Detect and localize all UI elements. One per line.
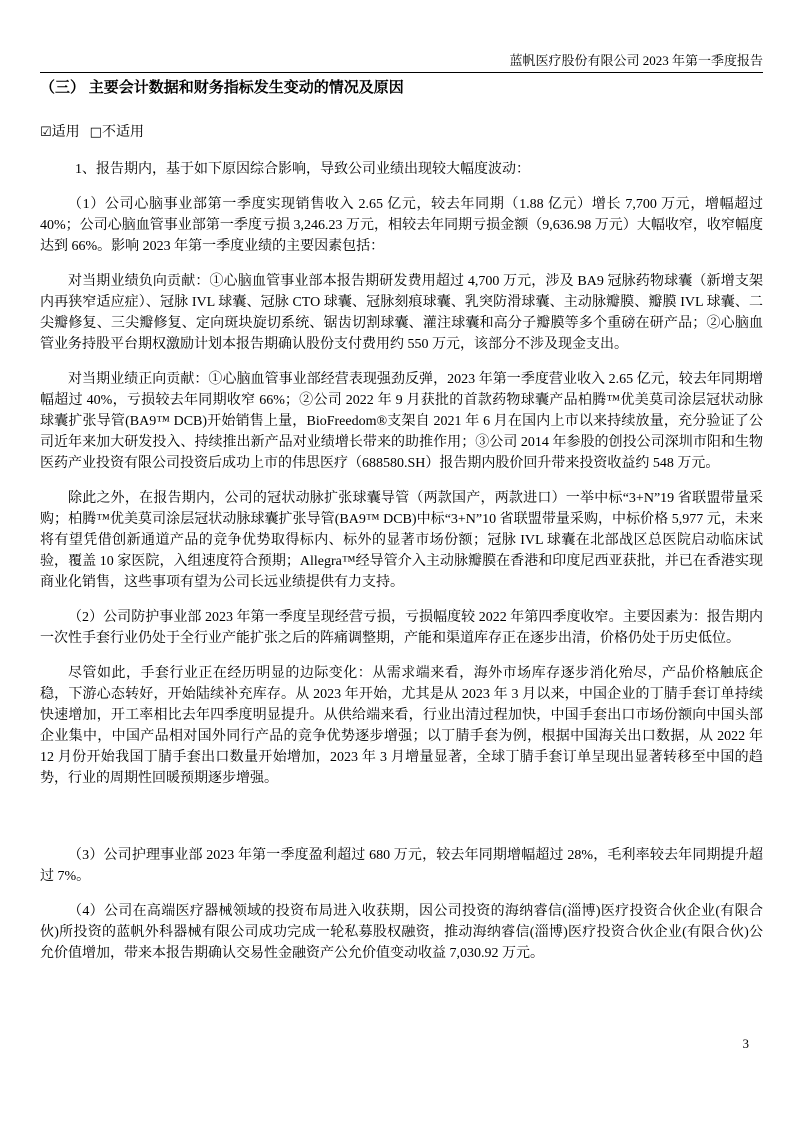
checkbox-unchecked-icon: □ <box>90 125 102 140</box>
paragraph-procurement-wins: 除此之外，在报告期内，公司的冠状动脉扩张球囊导管（两款国产，两款进口）一举中标“… <box>40 488 763 593</box>
header-rule <box>40 72 763 73</box>
paragraph-nursing-profit: （3）公司护理事业部 2023 年第一季度盈利超过 680 万元，较去年同期增幅… <box>40 845 763 887</box>
paragraph-intro: 1、报告期内，基于如下原因综合影响，导致公司业绩出现较大幅度波动： <box>40 159 763 180</box>
report-header-title: 蓝帆医疗股份有限公司 2023 年第一季度报告 <box>40 0 763 69</box>
paragraph-negative-contribution: 对当期业绩负向贡献：①心脑血管事业部本报告期研发费用超过 4,700 万元，涉及… <box>40 271 763 355</box>
paragraph-positive-contribution: 对当期业绩正向贡献：①心脑血管事业部经营表现强劲反弹，2023 年第一季度营业收… <box>40 369 763 474</box>
page-content: 蓝帆医疗股份有限公司 2023 年第一季度报告 （三） 主要会计数据和财务指标发… <box>0 0 793 964</box>
applicability-row: ☑适用□不适用 <box>40 124 763 142</box>
paragraph-cardio-q1-results: （1）公司心脑事业部第一季度实现销售收入 2.65 亿元，较去年同期（1.88 … <box>40 194 763 257</box>
paragraph-protective-division-loss: （2）公司防护事业部 2023 年第一季度呈现经营亏损，亏损幅度较 2022 年… <box>40 607 763 649</box>
report-page: 蓝帆医疗股份有限公司 2023 年第一季度报告 （三） 主要会计数据和财务指标发… <box>0 0 793 1122</box>
paragraph-glove-industry-trend: 尽管如此，手套行业正在经历明显的边际变化：从需求端来看，海外市场库存逐步消化殆尽… <box>40 663 763 789</box>
section-title: （三） 主要会计数据和财务指标发生变动的情况及原因 <box>40 78 763 98</box>
body-text: 1、报告期内，基于如下原因综合影响，导致公司业绩出现较大幅度波动： （1）公司心… <box>40 159 763 964</box>
not-applicable-label: 不适用 <box>102 125 144 140</box>
page-number: 3 <box>743 1036 750 1052</box>
applicable-label: 适用 <box>52 125 80 140</box>
checkbox-checked-icon: ☑ <box>40 125 52 140</box>
paragraph-investment-gain: （4）公司在高端医疗器械领域的投资布局进入收获期，因公司投资的海纳睿信(淄博)医… <box>40 901 763 964</box>
